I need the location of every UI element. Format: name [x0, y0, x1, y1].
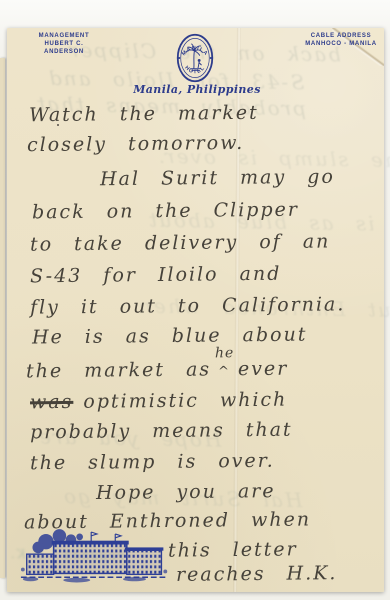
- line-text: optimistic which: [83, 389, 287, 413]
- letterhead-management-block: MANAGEMENT HUBERT C. ANDERSON: [25, 32, 103, 56]
- scanned-letter-photo: { "scan": { "paper_color": "#ece2c6", "b…: [0, 0, 390, 600]
- handwritten-line-with-strikeout: wasoptimistic which: [30, 389, 288, 414]
- handwritten-line: probably means that: [30, 419, 293, 444]
- inserted-word: he: [215, 345, 234, 361]
- handwritten-line: closely tomorrow.: [27, 132, 244, 156]
- handwritten-line: back on the Clipper: [32, 199, 299, 224]
- handwritten-line: Hope you are: [96, 480, 276, 504]
- handwritten-line: He is as blue about: [32, 324, 308, 349]
- cable-address-value: MANHOCO - MANILA: [302, 40, 380, 48]
- struck-word: was: [30, 391, 74, 413]
- handwritten-line-with-insertion: the market ashe^ever: [26, 358, 289, 383]
- letterhead-place-line: Manila, Philippines: [117, 83, 277, 96]
- line-text: ever: [238, 358, 289, 381]
- letter-paper: back on the Clipper S-43 for Iloilo and …: [7, 28, 384, 592]
- adjacent-sheet-edge: [0, 58, 5, 578]
- manila-hotel-emblem-icon: MANILA HOTEL: [175, 33, 215, 83]
- handwritten-line: S-43 for Iloilo and: [30, 263, 282, 288]
- management-name: HUBERT C. ANDERSON: [25, 40, 103, 56]
- cable-address-label: CABLE ADDRESS: [302, 32, 380, 40]
- line-text: the market as: [26, 358, 211, 382]
- caret-mark: ^: [218, 364, 231, 379]
- handwritten-line: reaches H.K.: [176, 562, 338, 586]
- management-label: MANAGEMENT: [25, 32, 103, 40]
- insertion-mark: he^: [211, 358, 238, 380]
- handwritten-line: this letter: [168, 538, 298, 561]
- handwritten-line: Watch the market: [29, 102, 259, 126]
- handwritten-line: to take delivery of an: [30, 230, 331, 255]
- handwritten-line: the slump is over.: [30, 450, 275, 475]
- figure-icon: [190, 59, 201, 71]
- hotel-building-engraving-icon: [19, 526, 173, 590]
- letterhead-cable-block: CABLE ADDRESS MANHOCO - MANILA: [302, 32, 380, 48]
- handwritten-line: Hal Surit may go: [100, 166, 335, 190]
- handwritten-line: fly it out to California.: [30, 293, 346, 318]
